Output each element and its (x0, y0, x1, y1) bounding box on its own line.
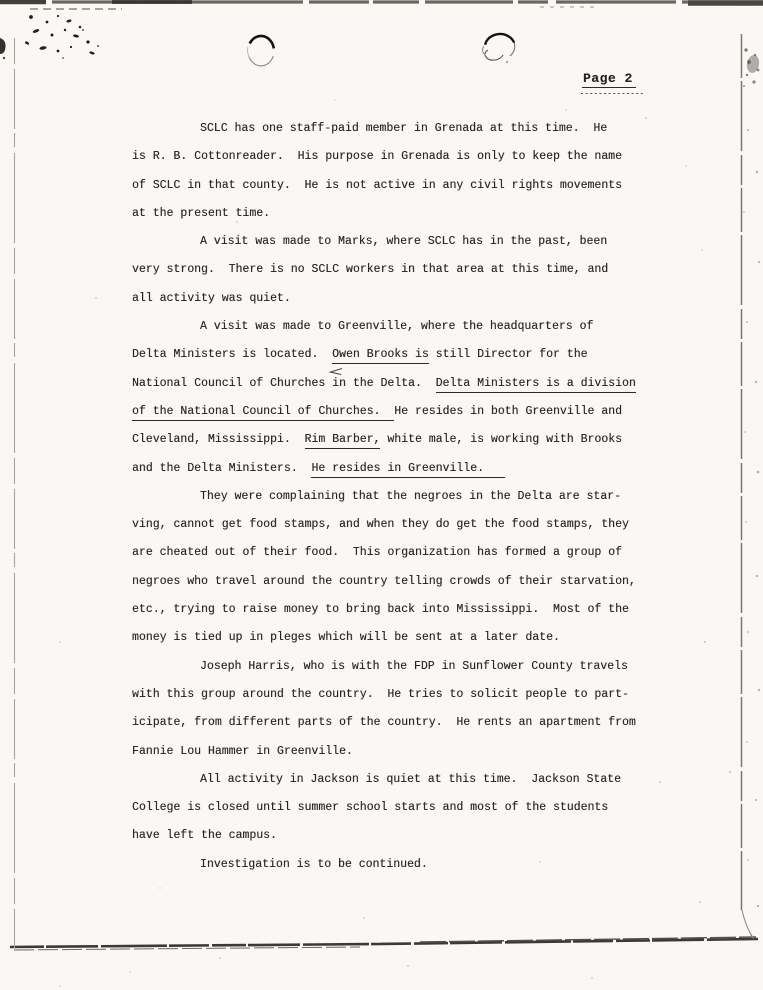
document-line: They were complaining that the negroes i… (132, 483, 692, 511)
underlined-text: Delta Ministers is a division (436, 377, 636, 393)
circle-mark-1 (248, 36, 274, 66)
left-edge-blob (0, 38, 6, 59)
text-segment: Joseph Harris, who is with the FDP in Su… (200, 660, 628, 673)
text-segment: white male, is working with Brooks (380, 433, 622, 446)
document-line: National Council of Churches in the Delt… (132, 370, 692, 398)
circle-mark-2 (483, 34, 515, 63)
underlined-text: Rim Barber, (305, 433, 381, 449)
text-segment: Delta Ministers is located. (132, 348, 332, 361)
document-line: have left the campus. (132, 822, 692, 850)
document-line: Cleveland, Mississippi. Rim Barber, whit… (132, 426, 692, 454)
text-segment: Fannie Lou Hammer in Greenville. (132, 745, 353, 758)
document-line: Joseph Harris, who is with the FDP in Su… (132, 653, 692, 681)
document-line: money is tied up in pleges which will be… (132, 624, 692, 652)
text-segment: negroes who travel around the country te… (132, 575, 636, 588)
text-segment: are cheated out of their food. This orga… (132, 546, 622, 559)
text-segment: and the Delta Ministers. (132, 462, 311, 475)
text-segment: A visit was made to Greenville, where th… (200, 320, 593, 333)
document-line: of SCLC in that county. He is not active… (132, 172, 692, 200)
document-body: SCLC has one staff-paid member in Grenad… (132, 115, 692, 879)
text-segment: have left the campus. (132, 829, 277, 842)
text-segment: Investigation is to be continued. (200, 858, 428, 871)
document-line: All activity in Jackson is quiet at this… (132, 766, 692, 794)
document-line: is R. B. Cottonreader. His purpose in Gr… (132, 143, 692, 171)
document-line: at the present time. (132, 200, 692, 228)
text-segment: very strong. There is no SCLC workers in… (132, 263, 608, 276)
text-segment: of SCLC in that county. He is not active… (132, 179, 622, 192)
document-line: negroes who travel around the country te… (132, 568, 692, 596)
document-line: are cheated out of their food. This orga… (132, 539, 692, 567)
scanned-document-page: Page 2 SCLC has one staff-paid member in… (0, 0, 763, 990)
document-line: College is closed until summer school st… (132, 794, 692, 822)
document-line: ving, cannot get food stamps, and when t… (132, 511, 692, 539)
document-line: of the National Council of Churches. He … (132, 398, 692, 426)
document-line: Fannie Lou Hammer in Greenville. (132, 738, 692, 766)
text-segment: They were complaining that the negroes i… (200, 490, 621, 503)
right-edge-noise-cluster (743, 48, 760, 87)
page-number-label: Page 2 (582, 71, 636, 88)
document-line: icipate, from different parts of the cou… (132, 709, 692, 737)
text-segment: money is tied up in pleges which will be… (132, 631, 560, 644)
text-segment: still Director for the (429, 348, 588, 361)
document-line: SCLC has one staff-paid member in Grenad… (132, 115, 692, 143)
text-segment: All activity in Jackson is quiet at this… (200, 773, 621, 786)
text-segment: National Council of Churches in the Delt… (132, 377, 436, 390)
document-line: all activity was quiet. (132, 285, 692, 313)
text-segment: SCLC has one staff-paid member in Grenad… (200, 122, 607, 135)
text-segment: icipate, from different parts of the cou… (132, 716, 636, 729)
underlined-text: He resides in Greenville. (311, 462, 504, 478)
text-segment: ving, cannot get food stamps, and when t… (132, 518, 629, 531)
document-line: Delta Ministers is located. Owen Brooks … (132, 341, 692, 369)
bottom-edge-line (10, 937, 758, 950)
underlined-text: Owen Brooks is (332, 348, 429, 364)
text-segment: at the present time. (132, 207, 270, 220)
text-segment: etc., trying to raise money to bring bac… (132, 603, 629, 616)
ink-spatter (24, 15, 98, 59)
document-line: A visit was made to Greenville, where th… (132, 313, 692, 341)
text-segment: Cleveland, Mississippi. (132, 433, 305, 446)
document-line: etc., trying to raise money to bring bac… (132, 596, 692, 624)
right-margin-specks (743, 129, 760, 936)
text-segment: He resides in both Greenville and (394, 405, 622, 418)
text-segment: all activity was quiet. (132, 292, 291, 305)
document-line: with this group around the country. He t… (132, 681, 692, 709)
underlined-text: of the National Council of Churches. (132, 405, 394, 421)
text-segment: is R. B. Cottonreader. His purpose in Gr… (132, 150, 622, 163)
document-lines: SCLC has one staff-paid member in Grenad… (132, 115, 692, 879)
text-segment: A visit was made to Marks, where SCLC ha… (200, 235, 607, 248)
document-line: very strong. There is no SCLC workers in… (132, 256, 692, 284)
document-line: and the Delta Ministers. He resides in G… (132, 455, 692, 483)
text-segment: with this group around the country. He t… (132, 688, 629, 701)
document-line: Investigation is to be continued. (132, 851, 692, 879)
top-edge-band (0, 2, 763, 9)
right-edge-line (742, 34, 755, 939)
document-line: A visit was made to Marks, where SCLC ha… (132, 228, 692, 256)
text-segment: College is closed until summer school st… (132, 801, 608, 814)
